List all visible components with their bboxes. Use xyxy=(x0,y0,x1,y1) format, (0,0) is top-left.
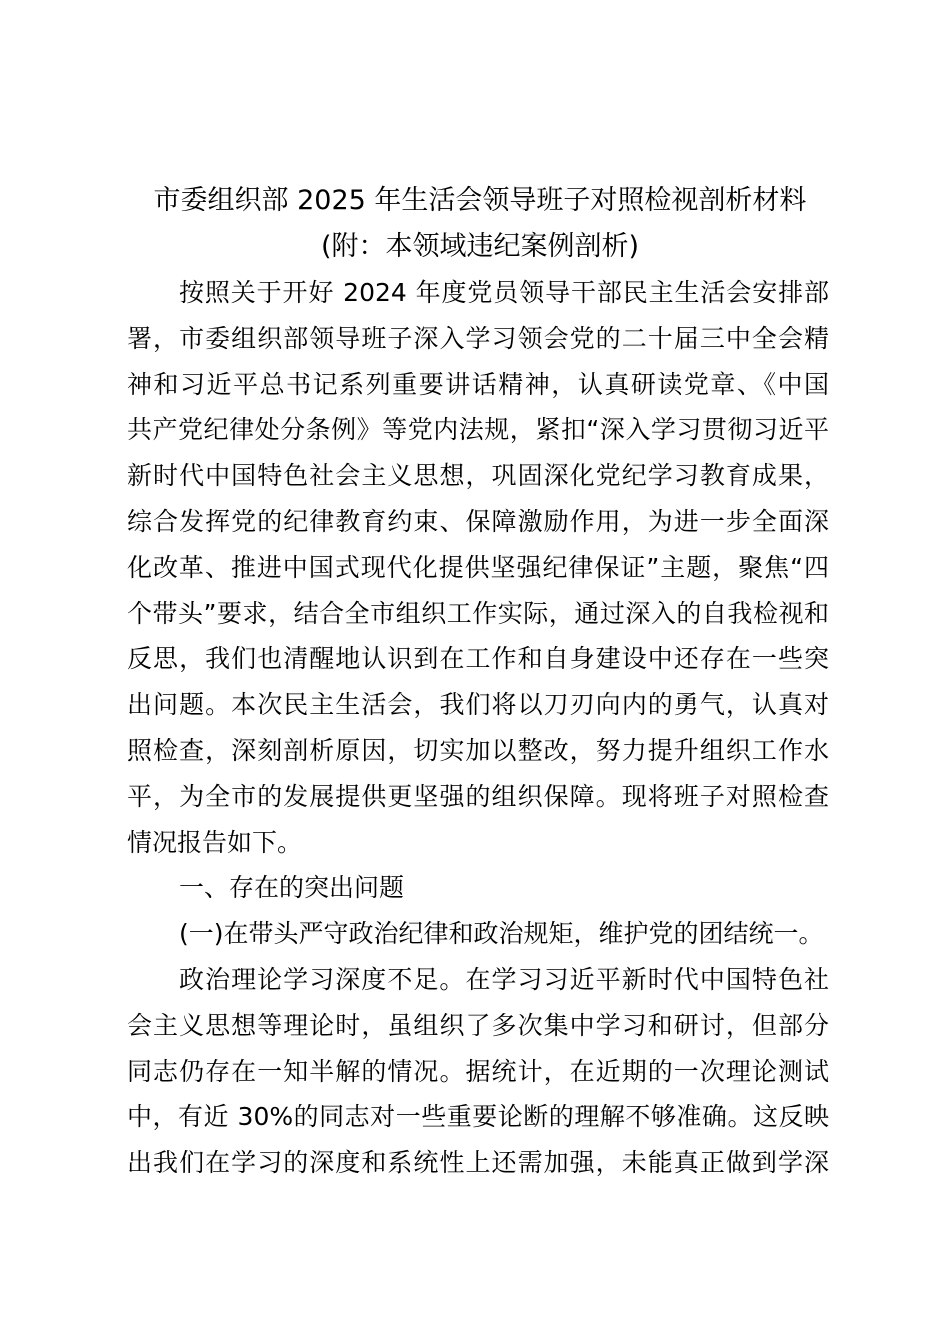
paragraph-line: 中，有近 30%的同志对一些重要论断的理解不够准确。这反映 xyxy=(127,1094,829,1140)
paragraph-line: 神和习近平总书记系列重要讲话精神，认真研读党章、《中国 xyxy=(127,362,829,408)
document-body: 按照关于开好 2024 年度党员领导干部民主生活会安排部 署，市委组织部领导班子… xyxy=(127,270,829,1186)
body-paragraph: 政治理论学习深度不足。在学习习近平新时代中国特色社 会主义思想等理论时，虽组织了… xyxy=(127,957,829,1186)
paragraph-line: 化改革、推进中国式现代化提供坚强纪律保证”主题，聚焦“四 xyxy=(127,545,829,591)
paragraph-line: 出问题。本次民主生活会，我们将以刀刃向内的勇气，认真对 xyxy=(127,682,829,728)
paragraph-line: 共产党纪律处分条例》等党内法规，紧扣“深入学习贯彻习近平 xyxy=(127,407,829,453)
paragraph-line: 情况报告如下。 xyxy=(127,820,829,866)
paragraph-line: 会主义思想等理论时，虽组织了多次集中学习和研讨，但部分 xyxy=(127,1003,829,1049)
title-line-main: 市委组织部 2025 年生活会领导班子对照检视剖析材料 xyxy=(100,178,860,224)
paragraph-line: 按照关于开好 2024 年度党员领导干部民主生活会安排部 xyxy=(127,270,829,316)
paragraph-line: 新时代中国特色社会主义思想，巩固深化党纪学习教育成果， xyxy=(127,453,829,499)
paragraph-line: 署，市委组织部领导班子深入学习领会党的二十届三中全会精 xyxy=(127,316,829,362)
paragraph-line: 政治理论学习深度不足。在学习习近平新时代中国特色社 xyxy=(127,957,829,1003)
paragraph-line: 平，为全市的发展提供更坚强的组织保障。现将班子对照检查 xyxy=(127,774,829,820)
subsection-heading: (一)在带头严守政治纪律和政治规矩，维护党的团结统一。 xyxy=(127,911,829,957)
paragraph-line: 同志仍存在一知半解的情况。据统计，在近期的一次理论测试 xyxy=(127,1049,829,1095)
intro-paragraph: 按照关于开好 2024 年度党员领导干部民主生活会安排部 署，市委组织部领导班子… xyxy=(127,270,829,865)
document-page: 市委组织部 2025 年生活会领导班子对照检视剖析材料 (附：本领域违纪案例剖析… xyxy=(0,0,950,1344)
paragraph-line: 反思，我们也清醒地认识到在工作和自身建设中还存在一些突 xyxy=(127,636,829,682)
paragraph-line: 综合发挥党的纪律教育约束、保障激励作用，为进一步全面深 xyxy=(127,499,829,545)
title-line-subtitle: (附：本领域违纪案例剖析) xyxy=(100,224,860,270)
document-title: 市委组织部 2025 年生活会领导班子对照检视剖析材料 (附：本领域违纪案例剖析… xyxy=(100,178,860,270)
section-heading: 一、存在的突出问题 xyxy=(127,865,829,911)
paragraph-line: 照检查，深刻剖析原因，切实加以整改，努力提升组织工作水 xyxy=(127,728,829,774)
paragraph-line: 个带头”要求，结合全市组织工作实际，通过深入的自我检视和 xyxy=(127,591,829,637)
paragraph-line: 出我们在学习的深度和系统性上还需加强，未能真正做到学深 xyxy=(127,1140,829,1186)
